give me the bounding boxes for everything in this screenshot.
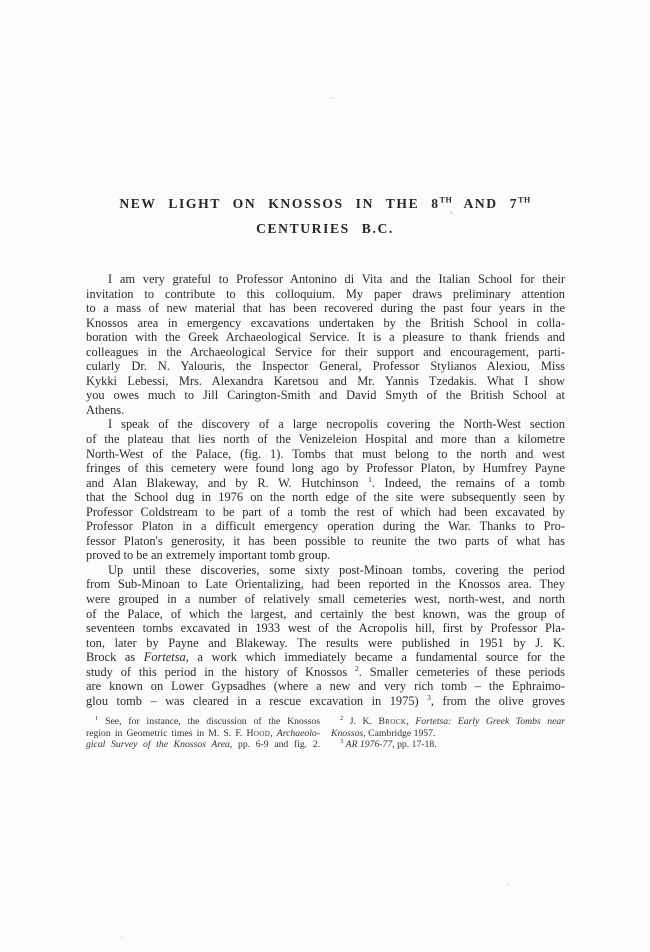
text-run: Professor Platon in a difficult emergenc… — [86, 519, 565, 533]
body-text-line: Up until these discoveries, some sixty p… — [86, 563, 565, 578]
text-run: invitation to contribute to this colloqu… — [86, 287, 565, 301]
text-run: , — [406, 716, 415, 727]
body-text-line: study of this period in the history of K… — [86, 665, 565, 680]
text-run: of the Palace, of which the largest, and… — [86, 607, 565, 621]
body-text-line: Athens. — [86, 403, 565, 418]
article-body: I am very grateful to Professor Antonino… — [86, 272, 565, 708]
footnote-marker: TH — [518, 196, 531, 205]
text-run: seventeen tombs excavated in 1933 west o… — [86, 621, 565, 635]
body-text-line: are known on Lower Gypsadhes (where a ne… — [86, 679, 565, 694]
body-text-line: colleagues in the Archaeological Service… — [86, 345, 565, 360]
text-run: Professor Coldstream to be part of a tom… — [86, 505, 565, 519]
scanned-paper-page: NEW LIGHT ON KNOSSOS IN THE 8TH, AND 7TH… — [0, 0, 650, 952]
text-run: . Smaller cemeteries of these periods — [359, 665, 565, 679]
body-text-line: ton, later by Payne and Blakeway. The re… — [86, 636, 565, 651]
footnote-line: gical Survey of the Knossos Area, pp. 6-… — [86, 739, 320, 751]
text-run: cularly Dr. N. Yalouris, the Inspector G… — [86, 359, 565, 373]
footnote-line: 2 J. K. Brock, Fortetsa: Early Greek Tom… — [331, 716, 565, 728]
footnote-line: 3 AR 1976-77, pp. 17-18. — [331, 739, 565, 751]
body-text-line: and Alan Blakeway, and by R. W. Hutchins… — [86, 476, 565, 491]
text-run: were grouped in a number of relatively s… — [86, 592, 565, 606]
text-run: Hood — [246, 728, 270, 739]
text-run: region in Geometric times in M. S. F. — [86, 728, 246, 739]
body-text-line: seventeen tombs excavated in 1933 west o… — [86, 621, 565, 636]
body-text-line: Brock as Fortetsa, a work which immediat… — [86, 650, 565, 665]
body-text-line: boration with the Greek Archaeological S… — [86, 330, 565, 345]
body-text-line: from Sub-Minoan to Late Orientalizing, h… — [86, 577, 565, 592]
footnote-marker: TH — [440, 196, 453, 205]
text-run: gical Survey of the Knossos Area — [86, 739, 230, 750]
text-run: Fortetsa — [144, 650, 186, 664]
text-run: you owes much to Jill Carington-Smith an… — [86, 388, 565, 402]
text-run: to a mass of new material that has been … — [86, 301, 565, 315]
text-run: , pp. 17-18. — [392, 739, 436, 750]
body-text-line: were grouped in a number of relatively s… — [86, 592, 565, 607]
scan-speck — [506, 884, 510, 886]
body-text-line: glou tomb – was cleared in a rescue exca… — [86, 694, 565, 709]
text-run: Up until these discoveries, some sixty p… — [108, 563, 565, 577]
body-text-line: you owes much to Jill Carington-Smith an… — [86, 388, 565, 403]
body-text-line: of the plateau that lies north of the Ve… — [86, 432, 565, 447]
text-run: AND 7 — [452, 196, 518, 211]
text-run: See, for instance, the discussion of the… — [98, 716, 320, 727]
body-text-line: Knossos area in emergency excavations un… — [86, 316, 565, 331]
body-text-line: Professor Platon in a difficult emergenc… — [86, 519, 565, 534]
text-run: I speak of the discovery of a large necr… — [108, 417, 565, 431]
text-run: from Sub-Minoan to Late Orientalizing, h… — [86, 577, 565, 591]
text-run: Knossos area in emergency excavations un… — [86, 316, 565, 330]
text-run: proved to be an extremely important tomb… — [86, 548, 330, 562]
text-run: are known on Lower Gypsadhes (where a ne… — [86, 679, 565, 693]
text-run: AR 1976-77 — [346, 739, 393, 750]
body-text-line: that the School dug in 1976 on the north… — [86, 490, 565, 505]
body-text-line: to a mass of new material that has been … — [86, 301, 565, 316]
text-run: fessor Platon's generosity, it has been … — [86, 534, 565, 548]
body-text-line: I speak of the discovery of a large necr… — [86, 417, 565, 432]
text-run: J. K. — [343, 716, 378, 727]
text-run: Athens. — [86, 403, 124, 417]
text-run: Brock — [378, 716, 406, 727]
body-text-line: I am very grateful to Professor Antonino… — [86, 272, 565, 287]
footnote-line: 1 See, for instance, the discussion of t… — [86, 716, 320, 728]
text-run: ton, later by Payne and Blakeway. The re… — [86, 636, 565, 650]
footnote-line: region in Geometric times in M. S. F. Ho… — [86, 728, 320, 740]
text-run: Archaeolo- — [277, 728, 320, 739]
text-run: and Alan Blakeway, and by R. W. Hutchins… — [86, 476, 368, 490]
text-run: Knossos — [331, 728, 363, 739]
text-run: of the plateau that lies north of the Ve… — [86, 432, 565, 446]
text-run: Kykki Lebessi, Mrs. Alexandra Karetsou a… — [86, 374, 565, 388]
body-text-line: proved to be an extremely important tomb… — [86, 548, 565, 563]
text-run: fringes of this cemetery were found long… — [86, 461, 565, 475]
scan-speck — [331, 97, 334, 99]
text-run: NEW LIGHT ON KNOSSOS IN THE 8 — [119, 196, 439, 211]
text-run: that the School dug in 1976 on the north… — [86, 490, 565, 504]
text-run: , Cambridge 1957. — [363, 728, 435, 739]
title-line-1: NEW LIGHT ON KNOSSOS IN THE 8TH, AND 7TH — [86, 192, 564, 217]
text-run: CENTURIES B.C. — [256, 221, 394, 236]
body-text-line: Kykki Lebessi, Mrs. Alexandra Karetsou a… — [86, 374, 565, 389]
body-text-line: North-West of the Palace, (fig. 1). Tomb… — [86, 447, 565, 462]
body-text-line: cularly Dr. N. Yalouris, the Inspector G… — [86, 359, 565, 374]
text-run: Fortetsa: Early Greek Tombs near — [415, 716, 565, 727]
footnote-line: Knossos, Cambridge 1957. — [331, 728, 565, 740]
text-run: , a work which immediately became a fund… — [186, 650, 565, 664]
body-text-line: Professor Coldstream to be part of a tom… — [86, 505, 565, 520]
body-text-line: fringes of this cemetery were found long… — [86, 461, 565, 476]
scan-speck — [120, 936, 125, 939]
paper-title: NEW LIGHT ON KNOSSOS IN THE 8TH, AND 7TH… — [86, 192, 564, 240]
body-text-line: invitation to contribute to this colloqu… — [86, 287, 565, 302]
footnote-column-right: 2 J. K. Brock, Fortetsa: Early Greek Tom… — [331, 716, 565, 751]
title-line-2: CENTURIES B.C. — [86, 217, 564, 240]
text-run: I am very grateful to Professor Antonino… — [108, 272, 565, 286]
body-text-line: fessor Platon's generosity, it has been … — [86, 534, 565, 549]
text-run: glou tomb – was cleared in a rescue exca… — [86, 694, 427, 708]
body-text-line: of the Palace, of which the largest, and… — [86, 607, 565, 622]
text-run: Brock as — [86, 650, 144, 664]
footnote-column-left: 1 See, for instance, the discussion of t… — [86, 716, 320, 751]
text-run: North-West of the Palace, (fig. 1). Tomb… — [86, 447, 565, 461]
text-run: , pp. 6-9 and fig. 2. — [230, 739, 320, 750]
text-run: colleagues in the Archaeological Service… — [86, 345, 565, 359]
text-run: boration with the Greek Archaeological S… — [86, 330, 565, 344]
text-run: study of this period in the history of K… — [86, 665, 355, 679]
text-run: , from the olive groves — [431, 694, 565, 708]
footnotes-section: 1 See, for instance, the discussion of t… — [86, 716, 565, 751]
text-run: . Indeed, the remains of a tomb — [372, 476, 565, 490]
